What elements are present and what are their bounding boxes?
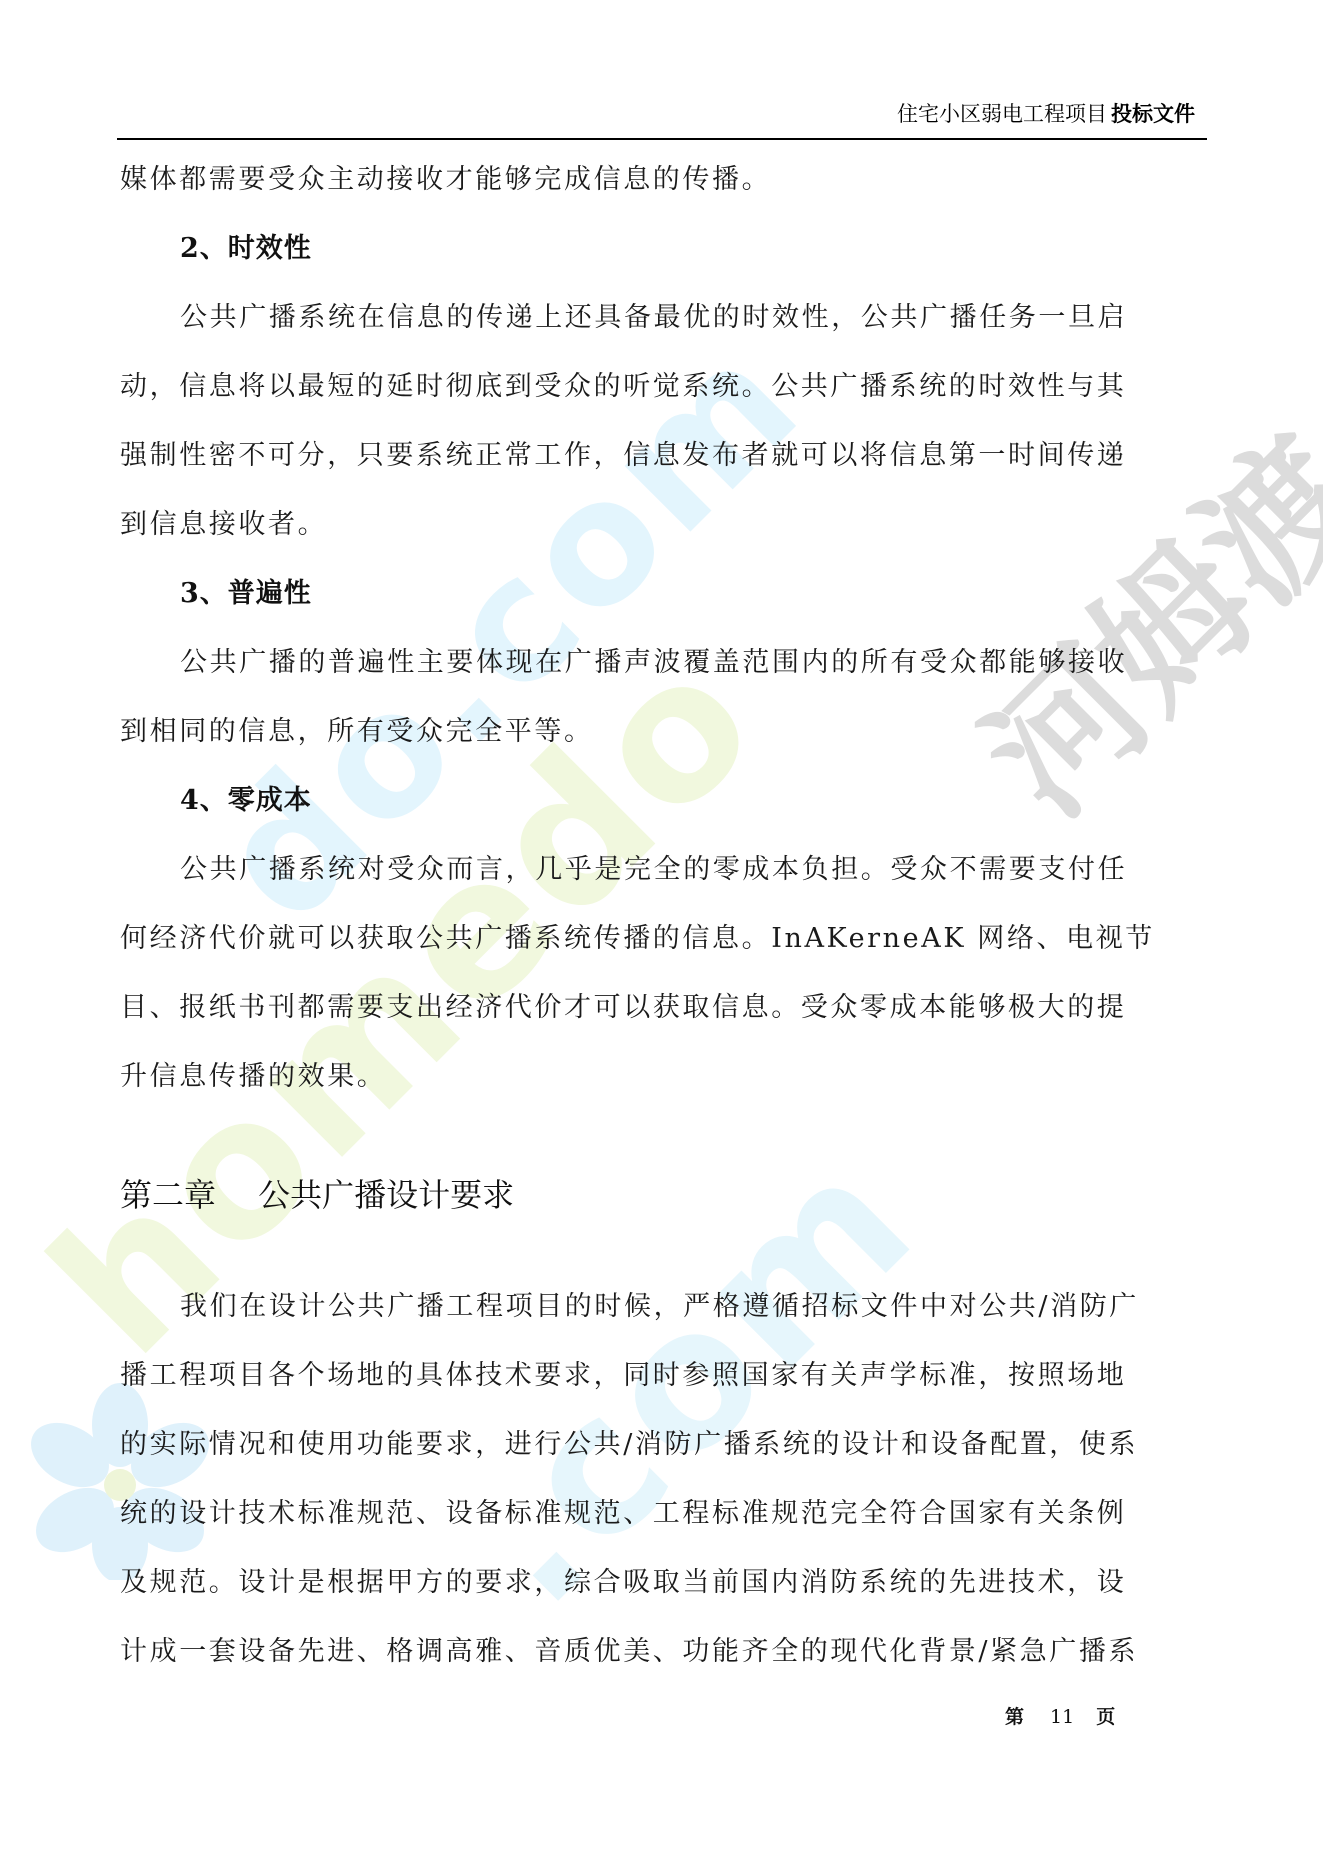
paragraph-line: 我们在设计公共广播工程项目的时候，严格遵循招标文件中对公共/消防广 [180, 1290, 1265, 1324]
paragraph-line: 动，信息将以最短的延时彻底到受众的听觉系统。公共广播系统的时效性与其 [120, 370, 1205, 404]
paragraph-line: 到相同的信息，所有受众完全平等。 [120, 715, 1205, 749]
chapter-heading: 第二章 公共广播设计要求 [120, 1175, 514, 1215]
subheading-universality: 3、普遍性 [180, 577, 312, 611]
paragraph-line: 目、报纸书刊都需要支出经济代价才可以获取信息。受众零成本能够极大的提 [120, 991, 1205, 1025]
page-header: 住宅小区弱电工程项目投标文件 [117, 94, 1207, 140]
paragraph-line: 何经济代价就可以获取公共广播系统传播的信息。InAKerneAK 网络、电视节 [120, 922, 1205, 956]
document-page: 住宅小区弱电工程项目投标文件 媒体都需要受众主动接收才能够完成信息的传播。 2、… [0, 0, 1323, 1871]
header-project-name: 住宅小区弱电工程项目 [897, 102, 1107, 126]
footer-prefix: 第 [1005, 1702, 1024, 1729]
page-number: 11 [1050, 1706, 1074, 1728]
paragraph-line: 强制性密不可分，只要系统正常工作，信息发布者就可以将信息第一时间传递 [120, 439, 1205, 473]
footer-suffix: 页 [1096, 1702, 1115, 1729]
paragraph-line: 公共广播的普遍性主要体现在广播声波覆盖范围内的所有受众都能够接收 [180, 646, 1265, 680]
paragraph-line: 公共广播系统对受众而言，几乎是完全的零成本负担。受众不需要支付任 [180, 853, 1265, 887]
paragraph-line: 计成一套设备先进、格调高雅、音质优美、功能齐全的现代化背景/紧急广播系 [120, 1635, 1205, 1669]
paragraph-line: 播工程项目各个场地的具体技术要求，同时参照国家有关声学标准，按照场地 [120, 1359, 1205, 1393]
subheading-timeliness: 2、时效性 [180, 232, 312, 266]
paragraph-line: 到信息接收者。 [120, 508, 1205, 542]
header-title: 住宅小区弱电工程项目投标文件 [897, 98, 1195, 128]
paragraph-line: 媒体都需要受众主动接收才能够完成信息的传播。 [120, 163, 1205, 197]
paragraph-line: 统的设计技术标准规范、设备标准规范、工程标准规范完全符合国家有关条例 [120, 1497, 1205, 1531]
page-footer: 第11页 [1005, 1702, 1115, 1729]
paragraph-line: 的实际情况和使用功能要求，进行公共/消防广播系统的设计和设备配置，使系 [120, 1428, 1205, 1462]
subheading-zero-cost: 4、零成本 [180, 784, 312, 818]
paragraph-line: 及规范。设计是根据甲方的要求，综合吸取当前国内消防系统的先进技术，设 [120, 1566, 1205, 1600]
header-doc-type: 投标文件 [1111, 102, 1195, 126]
paragraph-line: 公共广播系统在信息的传递上还具备最优的时效性，公共广播任务一旦启 [180, 301, 1265, 335]
paragraph-line: 升信息传播的效果。 [120, 1060, 1205, 1094]
